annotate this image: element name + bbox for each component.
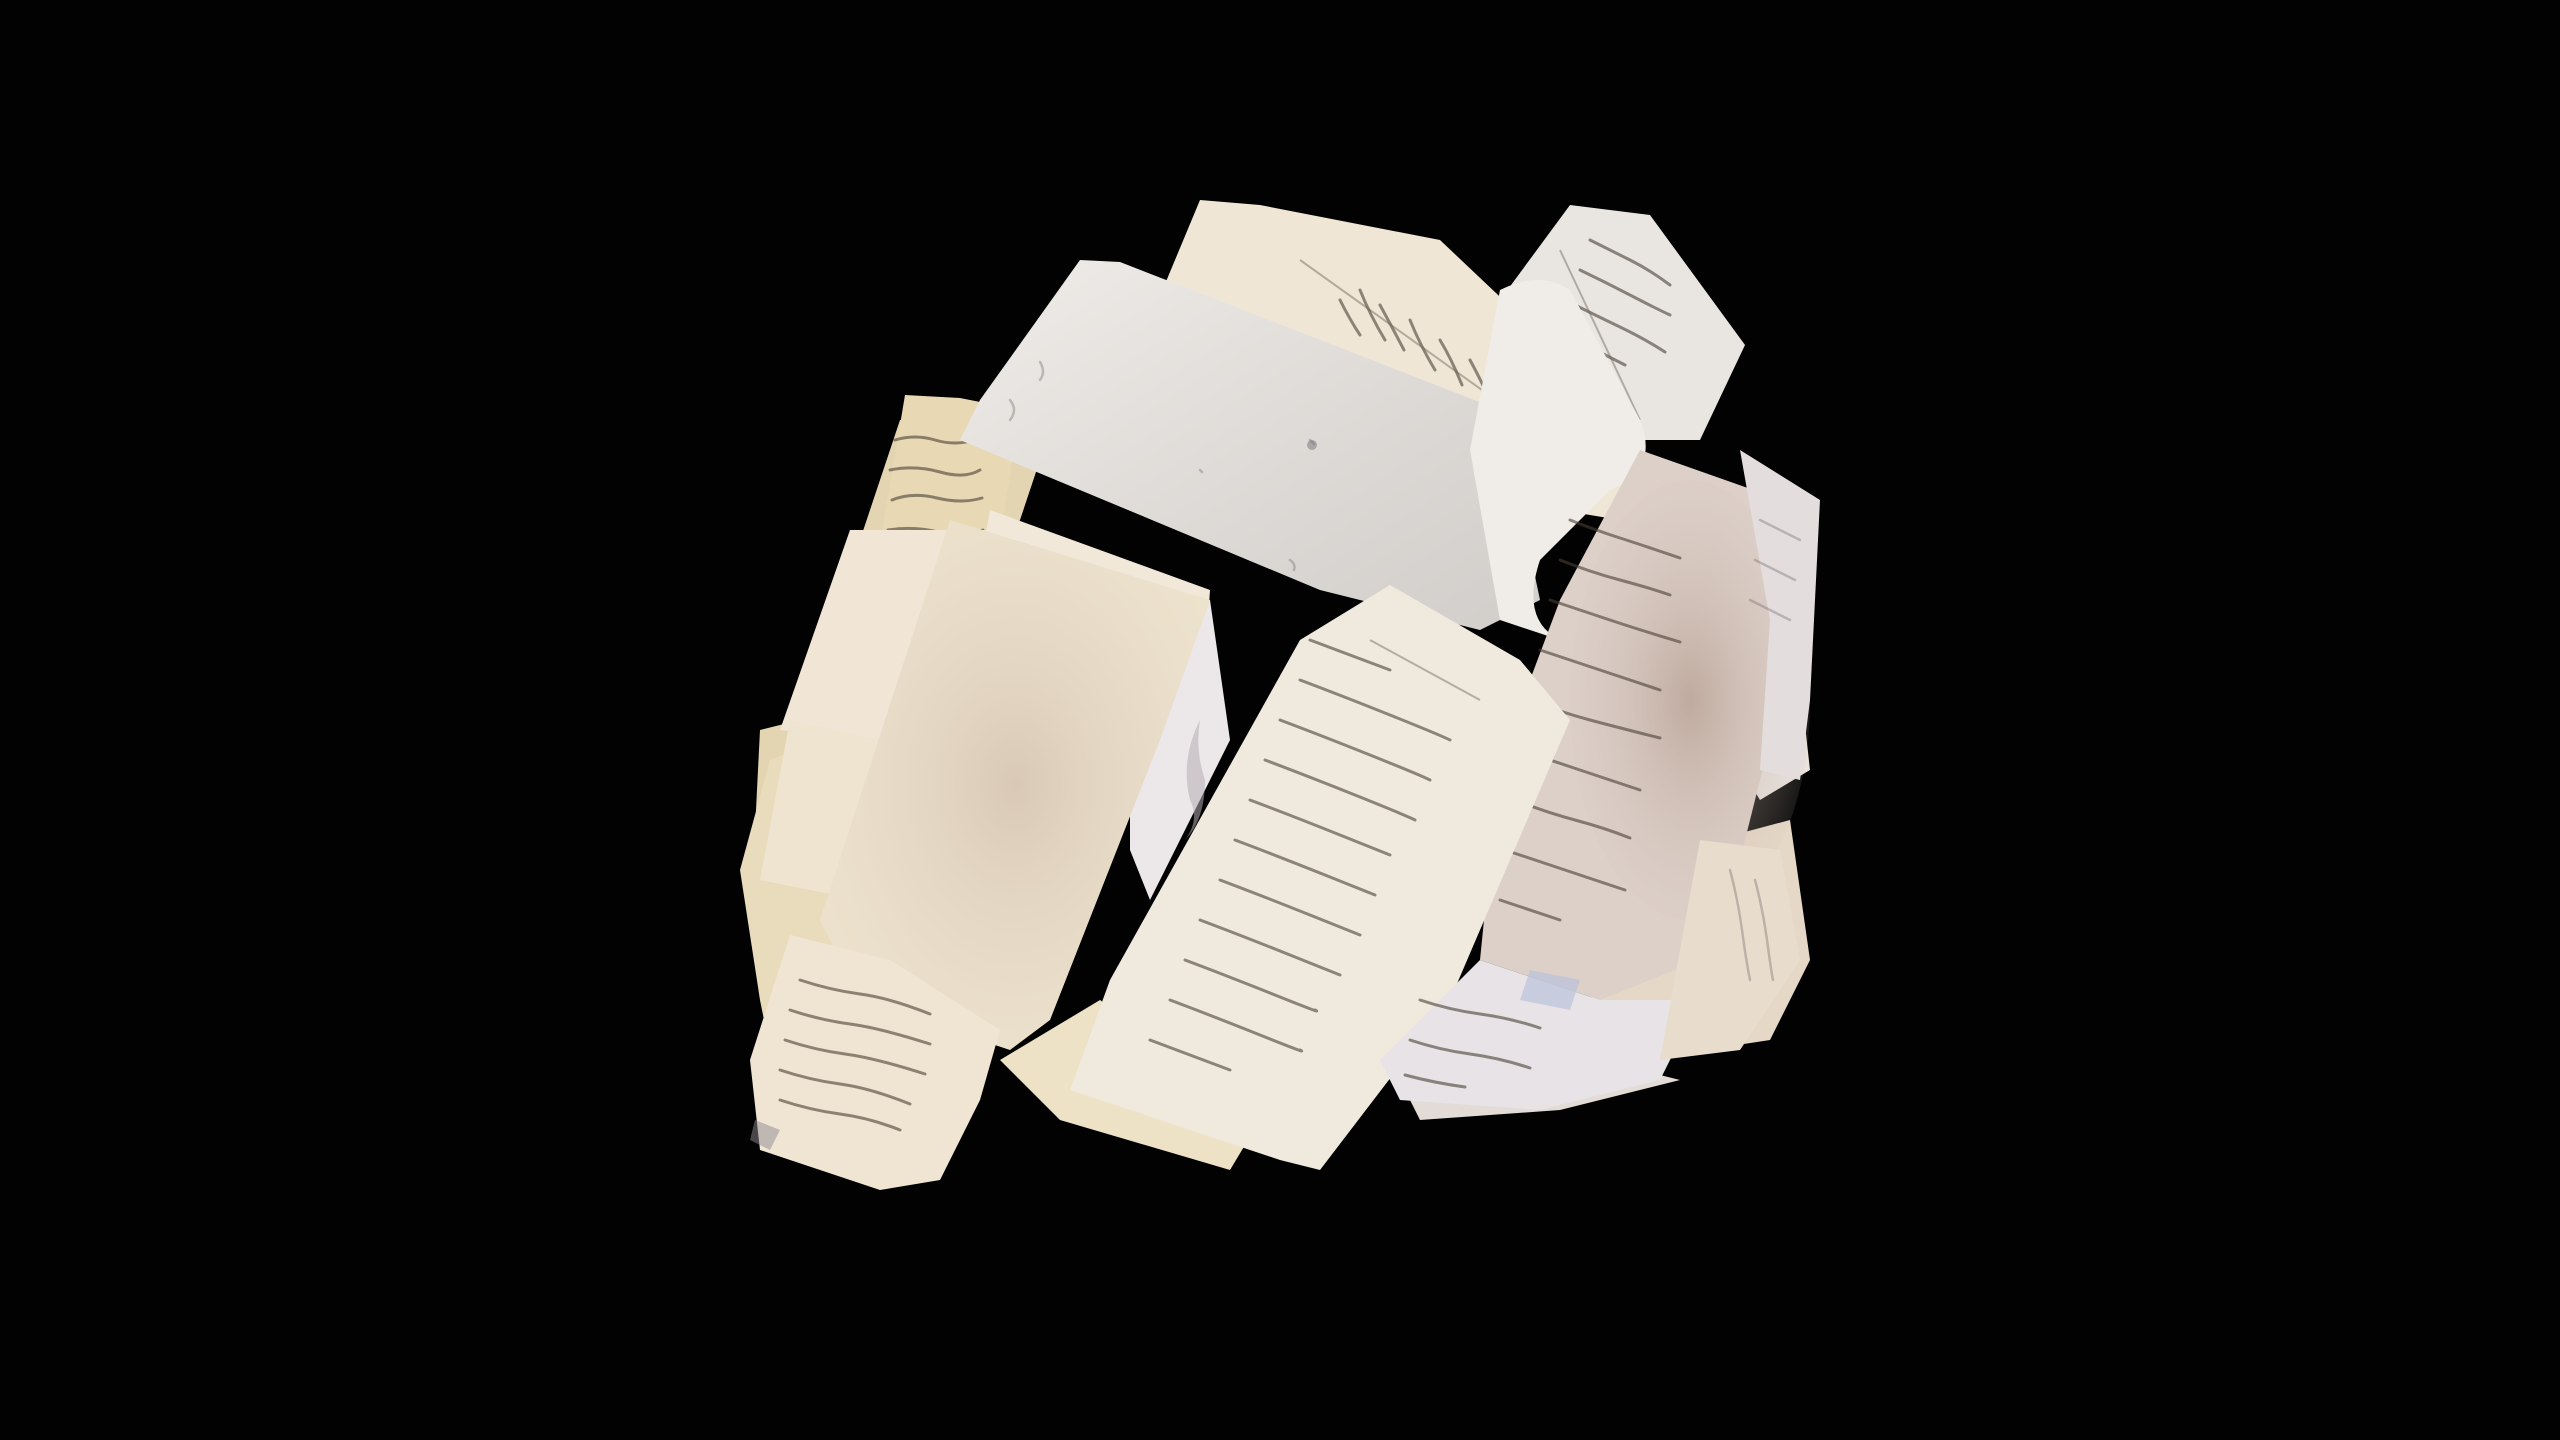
photo-scene: Handwritten paper fragments: [0, 0, 2560, 1440]
paper-pile-illustration: [0, 0, 2560, 1440]
